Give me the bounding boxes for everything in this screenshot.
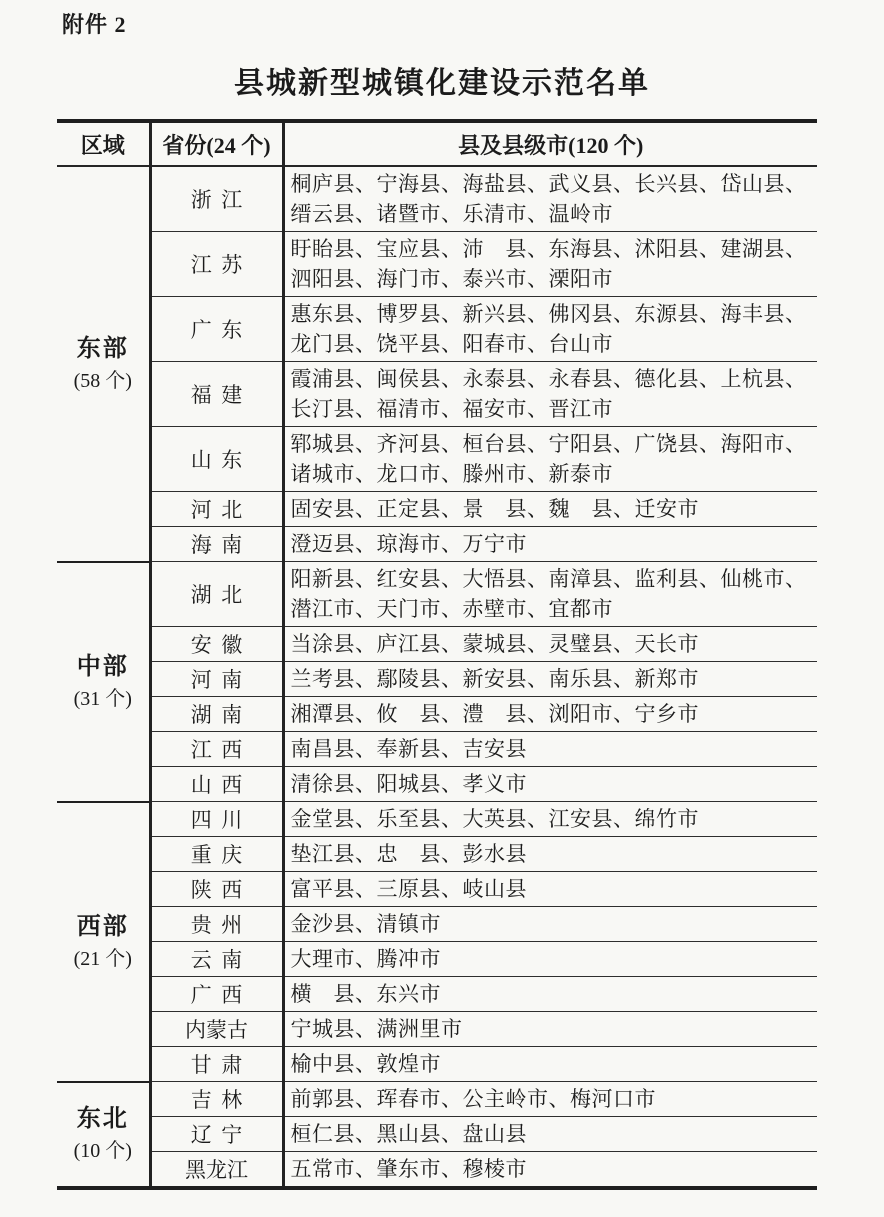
counties-cell: 固安县、正定县、景 县、魏 县、迁安市: [283, 492, 817, 527]
table-row: 江苏盱眙县、宝应县、沛 县、东海县、沭阳县、建湖县、 泗阳县、海门市、泰兴市、溧…: [57, 232, 817, 297]
counties-cell: 大理市、腾冲市: [283, 942, 817, 977]
province-cell: 河南: [150, 662, 283, 697]
province-cell: 安徽: [150, 627, 283, 662]
table-row: 西部(21 个)四川金堂县、乐至县、大英县、江安县、绵竹市: [57, 802, 817, 837]
counties-cell: 前郭县、珲春市、公主岭市、梅河口市: [283, 1082, 817, 1117]
region-count: (21 个): [57, 946, 149, 972]
region-cell: 东北(10 个): [57, 1082, 150, 1189]
counties-cell: 垫江县、忠 县、彭水县: [283, 837, 817, 872]
table-row: 重庆垫江县、忠 县、彭水县: [57, 837, 817, 872]
counties-cell: 当涂县、庐江县、蒙城县、灵璧县、天长市: [283, 627, 817, 662]
table-row: 甘肃榆中县、敦煌市: [57, 1047, 817, 1082]
table-row: 东北(10 个)吉林前郭县、珲春市、公主岭市、梅河口市: [57, 1082, 817, 1117]
province-cell: 浙江: [150, 166, 283, 232]
counties-cell: 惠东县、博罗县、新兴县、佛冈县、东源县、海丰县、 龙门县、饶平县、阳春市、台山市: [283, 297, 817, 362]
counties-cell: 南昌县、奉新县、吉安县: [283, 732, 817, 767]
province-cell: 广东: [150, 297, 283, 362]
table-row: 江西南昌县、奉新县、吉安县: [57, 732, 817, 767]
counties-cell: 富平县、三原县、岐山县: [283, 872, 817, 907]
region-name: 东北: [57, 1104, 149, 1134]
region-name: 中部: [57, 652, 149, 682]
header-region: 区域: [57, 121, 150, 166]
province-cell: 吉林: [150, 1082, 283, 1117]
counties-cell: 宁城县、满洲里市: [283, 1012, 817, 1047]
province-cell: 黑龙江: [150, 1152, 283, 1189]
attachment-label: 附件 2: [62, 8, 127, 39]
page-title: 县城新型城镇化建设示范名单: [0, 58, 884, 102]
counties-cell: 阳新县、红安县、大悟县、南漳县、监利县、仙桃市、 潜江市、天门市、赤壁市、宜都市: [283, 562, 817, 627]
table-row: 河北固安县、正定县、景 县、魏 县、迁安市: [57, 492, 817, 527]
province-cell: 河北: [150, 492, 283, 527]
counties-cell: 清徐县、阳城县、孝义市: [283, 767, 817, 802]
table-row: 海南澄迈县、琼海市、万宁市: [57, 527, 817, 562]
table-row: 东部(58 个)浙江桐庐县、宁海县、海盐县、武义县、长兴县、岱山县、 缙云县、诸…: [57, 166, 817, 232]
table-row: 黑龙江五常市、肇东市、穆棱市: [57, 1152, 817, 1189]
province-cell: 重庆: [150, 837, 283, 872]
counties-cell: 桓仁县、黑山县、盘山县: [283, 1117, 817, 1152]
province-cell: 海南: [150, 527, 283, 562]
table-row: 内蒙古宁城县、满洲里市: [57, 1012, 817, 1047]
province-cell: 辽宁: [150, 1117, 283, 1152]
province-cell: 山东: [150, 427, 283, 492]
region-cell: 西部(21 个): [57, 802, 150, 1082]
table-row: 辽宁桓仁县、黑山县、盘山县: [57, 1117, 817, 1152]
table-row: 广西横 县、东兴市: [57, 977, 817, 1012]
table-body: 东部(58 个)浙江桐庐县、宁海县、海盐县、武义县、长兴县、岱山县、 缙云县、诸…: [57, 166, 817, 1188]
table-row: 贵州金沙县、清镇市: [57, 907, 817, 942]
region-count: (10 个): [57, 1138, 149, 1164]
table-row: 河南兰考县、鄢陵县、新安县、南乐县、新郑市: [57, 662, 817, 697]
counties-cell: 横 县、东兴市: [283, 977, 817, 1012]
counties-cell: 榆中县、敦煌市: [283, 1047, 817, 1082]
table-header-row: 区域 省份(24 个) 县及县级市(120 个): [57, 121, 817, 166]
table-row: 山东郓城县、齐河县、桓台县、宁阳县、广饶县、海阳市、 诸城市、龙口市、滕州市、新…: [57, 427, 817, 492]
province-cell: 四川: [150, 802, 283, 837]
demonstration-list-table: 区域 省份(24 个) 县及县级市(120 个) 东部(58 个)浙江桐庐县、宁…: [57, 119, 817, 1190]
table-row: 安徽当涂县、庐江县、蒙城县、灵璧县、天长市: [57, 627, 817, 662]
province-cell: 湖南: [150, 697, 283, 732]
region-name: 西部: [57, 912, 149, 942]
province-cell: 江苏: [150, 232, 283, 297]
table-row: 湖南湘潭县、攸 县、澧 县、浏阳市、宁乡市: [57, 697, 817, 732]
table-row: 广东惠东县、博罗县、新兴县、佛冈县、东源县、海丰县、 龙门县、饶平县、阳春市、台…: [57, 297, 817, 362]
counties-cell: 郓城县、齐河县、桓台县、宁阳县、广饶县、海阳市、 诸城市、龙口市、滕州市、新泰市: [283, 427, 817, 492]
province-cell: 湖北: [150, 562, 283, 627]
province-cell: 江西: [150, 732, 283, 767]
region-count: (58 个): [57, 368, 149, 394]
counties-cell: 金沙县、清镇市: [283, 907, 817, 942]
province-cell: 陕西: [150, 872, 283, 907]
region-cell: 东部(58 个): [57, 166, 150, 562]
province-cell: 山西: [150, 767, 283, 802]
counties-cell: 湘潭县、攸 县、澧 县、浏阳市、宁乡市: [283, 697, 817, 732]
document-page: 附件 2 县城新型城镇化建设示范名单 区域 省份(24 个) 县及县级市(120…: [0, 0, 884, 1217]
province-cell: 广西: [150, 977, 283, 1012]
counties-cell: 金堂县、乐至县、大英县、江安县、绵竹市: [283, 802, 817, 837]
region-name: 东部: [57, 334, 149, 364]
province-cell: 内蒙古: [150, 1012, 283, 1047]
province-cell: 贵州: [150, 907, 283, 942]
province-cell: 甘肃: [150, 1047, 283, 1082]
counties-cell: 盱眙县、宝应县、沛 县、东海县、沭阳县、建湖县、 泗阳县、海门市、泰兴市、溧阳市: [283, 232, 817, 297]
province-cell: 福建: [150, 362, 283, 427]
counties-cell: 霞浦县、闽侯县、永泰县、永春县、德化县、上杭县、 长汀县、福清市、福安市、晋江市: [283, 362, 817, 427]
table-row: 福建霞浦县、闽侯县、永泰县、永春县、德化县、上杭县、 长汀县、福清市、福安市、晋…: [57, 362, 817, 427]
header-counties: 县及县级市(120 个): [283, 121, 817, 166]
table-row: 云南大理市、腾冲市: [57, 942, 817, 977]
table-row: 中部(31 个)湖北阳新县、红安县、大悟县、南漳县、监利县、仙桃市、 潜江市、天…: [57, 562, 817, 627]
region-cell: 中部(31 个): [57, 562, 150, 802]
table-row: 陕西富平县、三原县、岐山县: [57, 872, 817, 907]
counties-cell: 五常市、肇东市、穆棱市: [283, 1152, 817, 1189]
table-row: 山西清徐县、阳城县、孝义市: [57, 767, 817, 802]
counties-cell: 兰考县、鄢陵县、新安县、南乐县、新郑市: [283, 662, 817, 697]
province-cell: 云南: [150, 942, 283, 977]
header-province: 省份(24 个): [150, 121, 283, 166]
counties-cell: 桐庐县、宁海县、海盐县、武义县、长兴县、岱山县、 缙云县、诸暨市、乐清市、温岭市: [283, 166, 817, 232]
counties-cell: 澄迈县、琼海市、万宁市: [283, 527, 817, 562]
region-count: (31 个): [57, 686, 149, 712]
